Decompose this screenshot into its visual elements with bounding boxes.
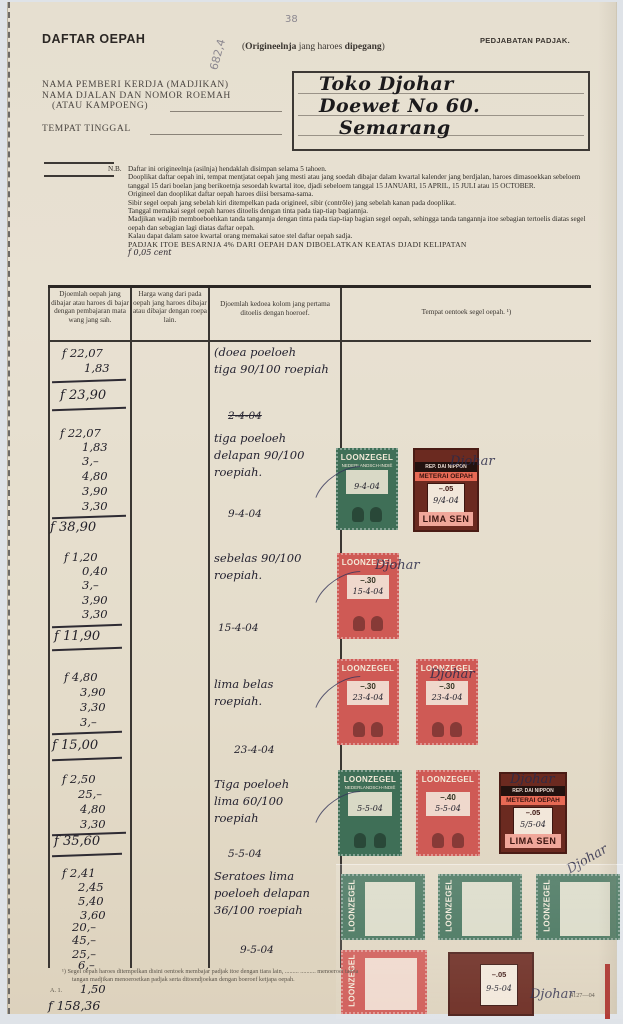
employer-street-value: Doewet No 60. (319, 95, 480, 117)
entry-total: f 38,90 (50, 520, 96, 535)
note-paragraph: Tanggal memakai segel oepah haroes ditoe… (128, 207, 600, 215)
tax-office-label: PEDJABATAN PADJAK. (480, 36, 570, 45)
street-label: NAMA DJALAN DAN NOMOR ROEMAH (42, 91, 231, 101)
column-header-cash-wage: Djoemlah oepah jang dibajar atau haroes … (50, 290, 130, 324)
note-paragraph: Dooplikat daftar oepah ini, tempat mentj… (128, 173, 600, 190)
entry-date: 2-4-04 (228, 410, 262, 422)
entry-total: f 11,90 (54, 629, 100, 644)
wage-register-document: DAFTAR OEPAH 38 682,4 (Origineelnja jang… (8, 2, 616, 1014)
amount-cell: 3,– (80, 715, 97, 729)
amount-cell: 3,90 (80, 685, 106, 699)
amount-cell: 3,90 (82, 593, 108, 607)
notes-lead: N.B. (108, 165, 122, 173)
loonzegel-stamp-red: LOONZEGEL –.40 5-5-04 (416, 770, 480, 856)
pencil-annotation-number: 682,4 (207, 38, 228, 72)
employer-name-label: NAMA PEMBERI KERDJA (MADJIKAN) (42, 80, 229, 90)
amount-cell: 1,50 (80, 982, 106, 996)
street-line (170, 111, 282, 112)
amount-cell: 3,90 (82, 484, 108, 498)
amount-cell: f 4,80 (64, 670, 98, 684)
amount-cell: 45,– (72, 933, 96, 947)
entry-total: f 35,60 (54, 834, 100, 849)
amount-in-words: Tiga poeloeh lima 60/100 roepiah (214, 776, 289, 827)
amount-cell: f 2,50 (62, 772, 96, 786)
signature: Djohar (375, 558, 420, 573)
kampung-label: (ATAU KAMPOENG) (52, 101, 148, 111)
entry-total: f 15,00 (52, 738, 98, 753)
column-header-stamp-area: Tempat oentoek segel oepah. ¹) (344, 308, 589, 317)
entry-date: 5-5-04 (228, 848, 262, 860)
amount-cell: 3,30 (80, 700, 106, 714)
amount-cell: 4,80 (80, 802, 106, 816)
page-edge-red (605, 964, 610, 1019)
column-header-total-in-words: Djoemlah kedoea kolom jang pertama ditoe… (212, 300, 338, 317)
plastic-sleeve-glare (336, 864, 623, 1019)
entry-date: 15-4-04 (218, 622, 259, 634)
entry-total: f 23,90 (60, 388, 106, 403)
tax-rule: PADJAK ITOE BESARNJA 4% DARI OEPAH DAN D… (128, 241, 600, 249)
amount-in-words: tiga poeloeh delapan 90/100 roepiah. (214, 430, 304, 481)
amount-cell: f 2,41 (62, 866, 96, 880)
signature: Djohar (450, 454, 495, 469)
amount-cell: 3,30 (82, 607, 108, 621)
amount-cell: 20,– (72, 920, 96, 934)
amount-in-words: (doea poeloeh tiga 90/100 roepiah (214, 344, 329, 378)
amount-cell: 3,– (82, 578, 99, 592)
document-subtitle: (Origineelnja jang harоes dipegang) (242, 42, 385, 52)
amount-cell: f 1,20 (64, 550, 98, 564)
amount-cell: 3,30 (80, 817, 106, 831)
amount-cell: 0,40 (82, 564, 108, 578)
amount-cell: 3,– (82, 454, 99, 468)
note-paragraph: Origineel dan dooplikat daftar oepah har… (128, 190, 600, 198)
amount-cell: 25,– (78, 787, 102, 801)
notes-block: N.B. Daftar ini origineelnja (asilnja) h… (128, 165, 600, 257)
amount-in-words: sebelas 90/100 roepiah. (214, 550, 301, 584)
note-paragraph: Sibir segel oepah jang sebelah kiri dite… (128, 199, 600, 207)
employer-name-value: Toko Djohar (319, 73, 454, 95)
residence-label: TEMPAT TINGGAL (42, 124, 131, 134)
column-header-in-kind-wage: Harga wang dari pada oepah jang haroes d… (132, 290, 208, 324)
amount-cell: 5,40 (78, 894, 104, 908)
grand-total: f 158,36 (48, 998, 100, 1013)
entry-date: 9-4-04 (228, 508, 262, 520)
amount-cell: f 22,07 (60, 426, 101, 440)
amount-cell: f 22,07 (62, 346, 103, 360)
amount-cell: 1,83 (84, 361, 110, 375)
amount-cell: 4,80 (82, 469, 108, 483)
signature: Djohar (510, 772, 555, 787)
document-title: DAFTAR OEPAH (42, 32, 145, 46)
form-code-left: A. 1. (50, 987, 62, 994)
note-paragraph: Madjikan wadjib memboeboehkan tanda tang… (128, 215, 600, 232)
note-paragraph: Daftar ini origineelnja (asilnja) hendak… (128, 165, 600, 173)
tax-rule-handwritten: f 0,05 cent (128, 249, 600, 257)
amount-in-words: lima belas roepiah. (214, 676, 273, 710)
amount-cell: 3,30 (82, 499, 108, 513)
amount-cell: 1,83 (82, 440, 108, 454)
amount-in-words: Seratoes lima poeloeh delapan 36/100 roe… (214, 868, 310, 919)
residence-line (150, 134, 282, 135)
amount-cell: 2,45 (78, 880, 104, 894)
entry-date: 9-5-04 (240, 944, 274, 956)
entry-date: 23-4-04 (234, 744, 275, 756)
pencil-annotation-top: 38 (285, 14, 298, 25)
signature: Djohar (430, 667, 475, 682)
employer-address-box: Toko Djohar Doewet No 60. Semarang (292, 71, 590, 151)
employer-city-value: Semarang (339, 117, 451, 139)
notes-rules (44, 162, 114, 188)
